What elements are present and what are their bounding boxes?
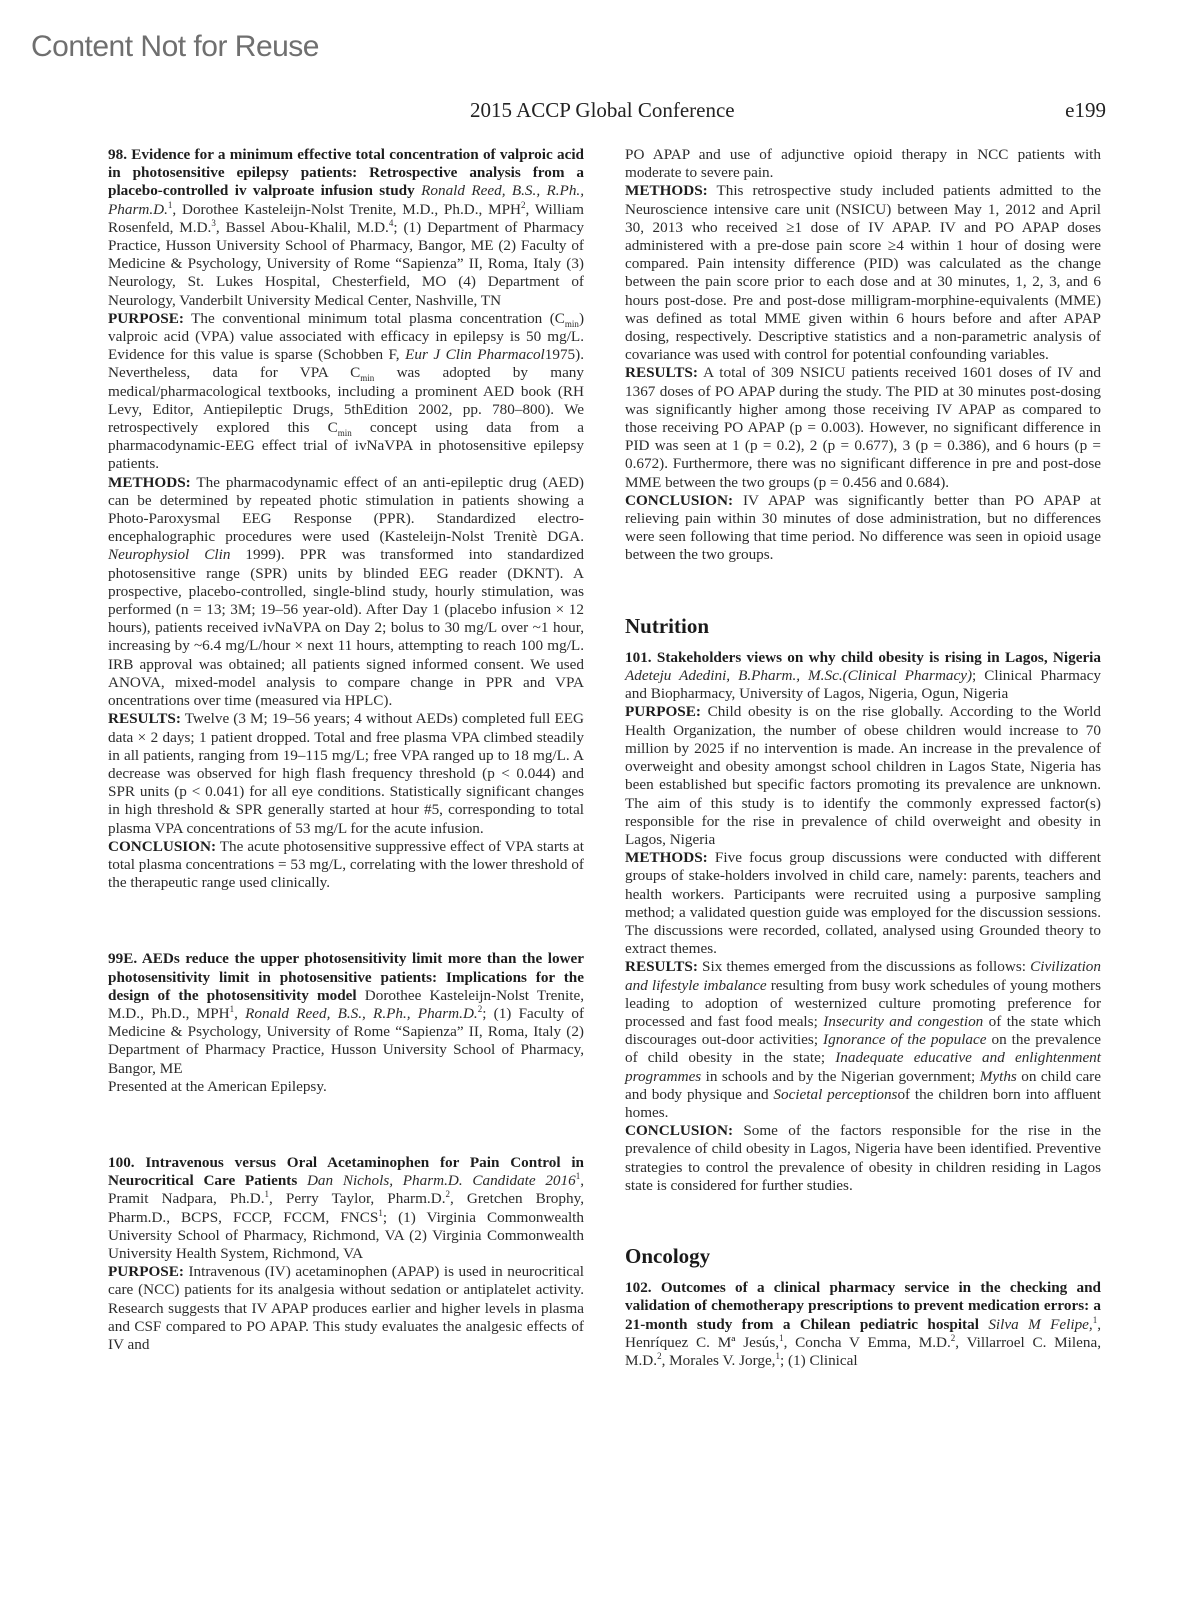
conclusion-section: CONCLUSION: IV APAP was significantly be…	[625, 492, 1101, 565]
body-text: The conventional minimum total plasma co…	[184, 310, 565, 327]
abstract-102: 102. Outcomes of a clinical pharmacy ser…	[625, 1279, 1101, 1370]
theme-text: Insecurity and congestion	[823, 1013, 983, 1030]
authors: , Dorothee Kasteleijn-Nolst Trenite, M.D…	[172, 201, 521, 218]
results-label: RESULTS:	[108, 710, 181, 727]
body-text: Child obesity is on the rise globally. A…	[625, 703, 1101, 847]
journal-title: 2015 ACCP Global Conference	[470, 98, 735, 123]
watermark: Content Not for Reuse	[31, 30, 319, 64]
conclusion-label: CONCLUSION:	[625, 492, 733, 509]
theme-text: Societal perceptions	[773, 1086, 897, 1103]
abstract-101: 101. Stakeholders views on why child obe…	[625, 649, 1101, 1195]
section-heading-oncology: Oncology	[625, 1247, 1101, 1265]
section-heading-nutrition: Nutrition	[625, 617, 1101, 635]
methods-label: METHODS:	[625, 182, 708, 199]
methods-section: METHODS: The pharmacodynamic effect of a…	[108, 474, 584, 711]
purpose-section: PURPOSE: Intravenous (IV) acetaminophen …	[108, 1263, 584, 1354]
methods-section: METHODS: This retrospective study includ…	[625, 182, 1101, 364]
purpose-label: PURPOSE:	[108, 310, 184, 327]
presenting-author: Ronald Reed, B.S., R.Ph., Pharm.D.	[245, 1005, 478, 1022]
theme-text: Myths	[980, 1068, 1017, 1085]
body-text: in schools and by the Nigerian governmen…	[701, 1068, 979, 1085]
body-text: A total of 309 NSICU patients received 1…	[625, 364, 1101, 490]
left-column: 98. Evidence for a minimum effective tot…	[108, 146, 584, 1354]
conclusion-section: CONCLUSION: The acute photosensitive sup…	[108, 838, 584, 893]
abstract-100: 100. Intravenous versus Oral Acetaminoph…	[108, 1154, 584, 1354]
authors: , Concha V Emma, M.D.	[784, 1334, 951, 1351]
results-label: RESULTS:	[625, 364, 698, 381]
authors: , Morales V. Jorge,	[662, 1352, 776, 1369]
methods-section: METHODS: Five focus group discussions we…	[625, 849, 1101, 958]
presenting-author: Adeteju Adedini, B.Pharm., M.Sc.(Clinica…	[625, 667, 972, 684]
page-number: e199	[1065, 98, 1106, 123]
abstract-title: 101. Stakeholders views on why child obe…	[625, 649, 1101, 666]
body-text: Six themes emerged from the discussions …	[698, 958, 1030, 975]
authors: , Perry Taylor, Pharm.D.	[269, 1190, 446, 1207]
body-text: Twelve (3 M; 19–56 years; 4 without AEDs…	[108, 710, 584, 836]
right-column: PO APAP and use of adjunctive opioid the…	[625, 146, 1101, 1370]
body-text: 1999). PPR was transformed into standard…	[108, 546, 584, 709]
body-text: This retrospective study included patien…	[625, 182, 1101, 363]
journal-citation: Neurophysiol Clin	[108, 546, 230, 563]
presenting-author: Dan Nichols, Pharm.D. Candidate 2016	[307, 1172, 576, 1189]
purpose-continued: PO APAP and use of adjunctive opioid the…	[625, 146, 1101, 182]
purpose-label: PURPOSE:	[625, 703, 701, 720]
purpose-section: PURPOSE: The conventional minimum total …	[108, 310, 584, 474]
conclusion-label: CONCLUSION:	[108, 838, 216, 855]
presenting-author: Silva M Felipe,	[988, 1316, 1092, 1333]
results-section: RESULTS: Twelve (3 M; 19–56 years; 4 wit…	[108, 710, 584, 837]
purpose-section: PURPOSE: Child obesity is on the rise gl…	[625, 703, 1101, 849]
abstract-100-continued: PO APAP and use of adjunctive opioid the…	[625, 146, 1101, 565]
methods-label: METHODS:	[108, 474, 191, 491]
theme-text: Ignorance of the populace	[823, 1031, 986, 1048]
affiliation-mark: 1	[230, 1004, 235, 1014]
authors: , Bassel Abou-Khalil, M.D.	[216, 219, 389, 236]
presentation-note: Presented at the American Epilepsy.	[108, 1078, 584, 1096]
running-head: 2015 ACCP Global Conference e199	[0, 98, 1200, 128]
conclusion-section: CONCLUSION: Some of the factors responsi…	[625, 1122, 1101, 1195]
results-section: RESULTS: Six themes emerged from the dis…	[625, 958, 1101, 1122]
journal-citation: Eur J Clin Pharmacol	[405, 346, 545, 363]
results-label: RESULTS:	[625, 958, 698, 975]
affiliations: ; (1) Clinical	[780, 1352, 858, 1369]
methods-label: METHODS:	[625, 849, 708, 866]
results-section: RESULTS: A total of 309 NSICU patients r…	[625, 364, 1101, 491]
abstract-98: 98. Evidence for a minimum effective tot…	[108, 146, 584, 892]
abstract-99e: 99E. AEDs reduce the upper photosensitiv…	[108, 950, 584, 1096]
conclusion-label: CONCLUSION:	[625, 1122, 733, 1139]
purpose-label: PURPOSE:	[108, 1263, 184, 1280]
